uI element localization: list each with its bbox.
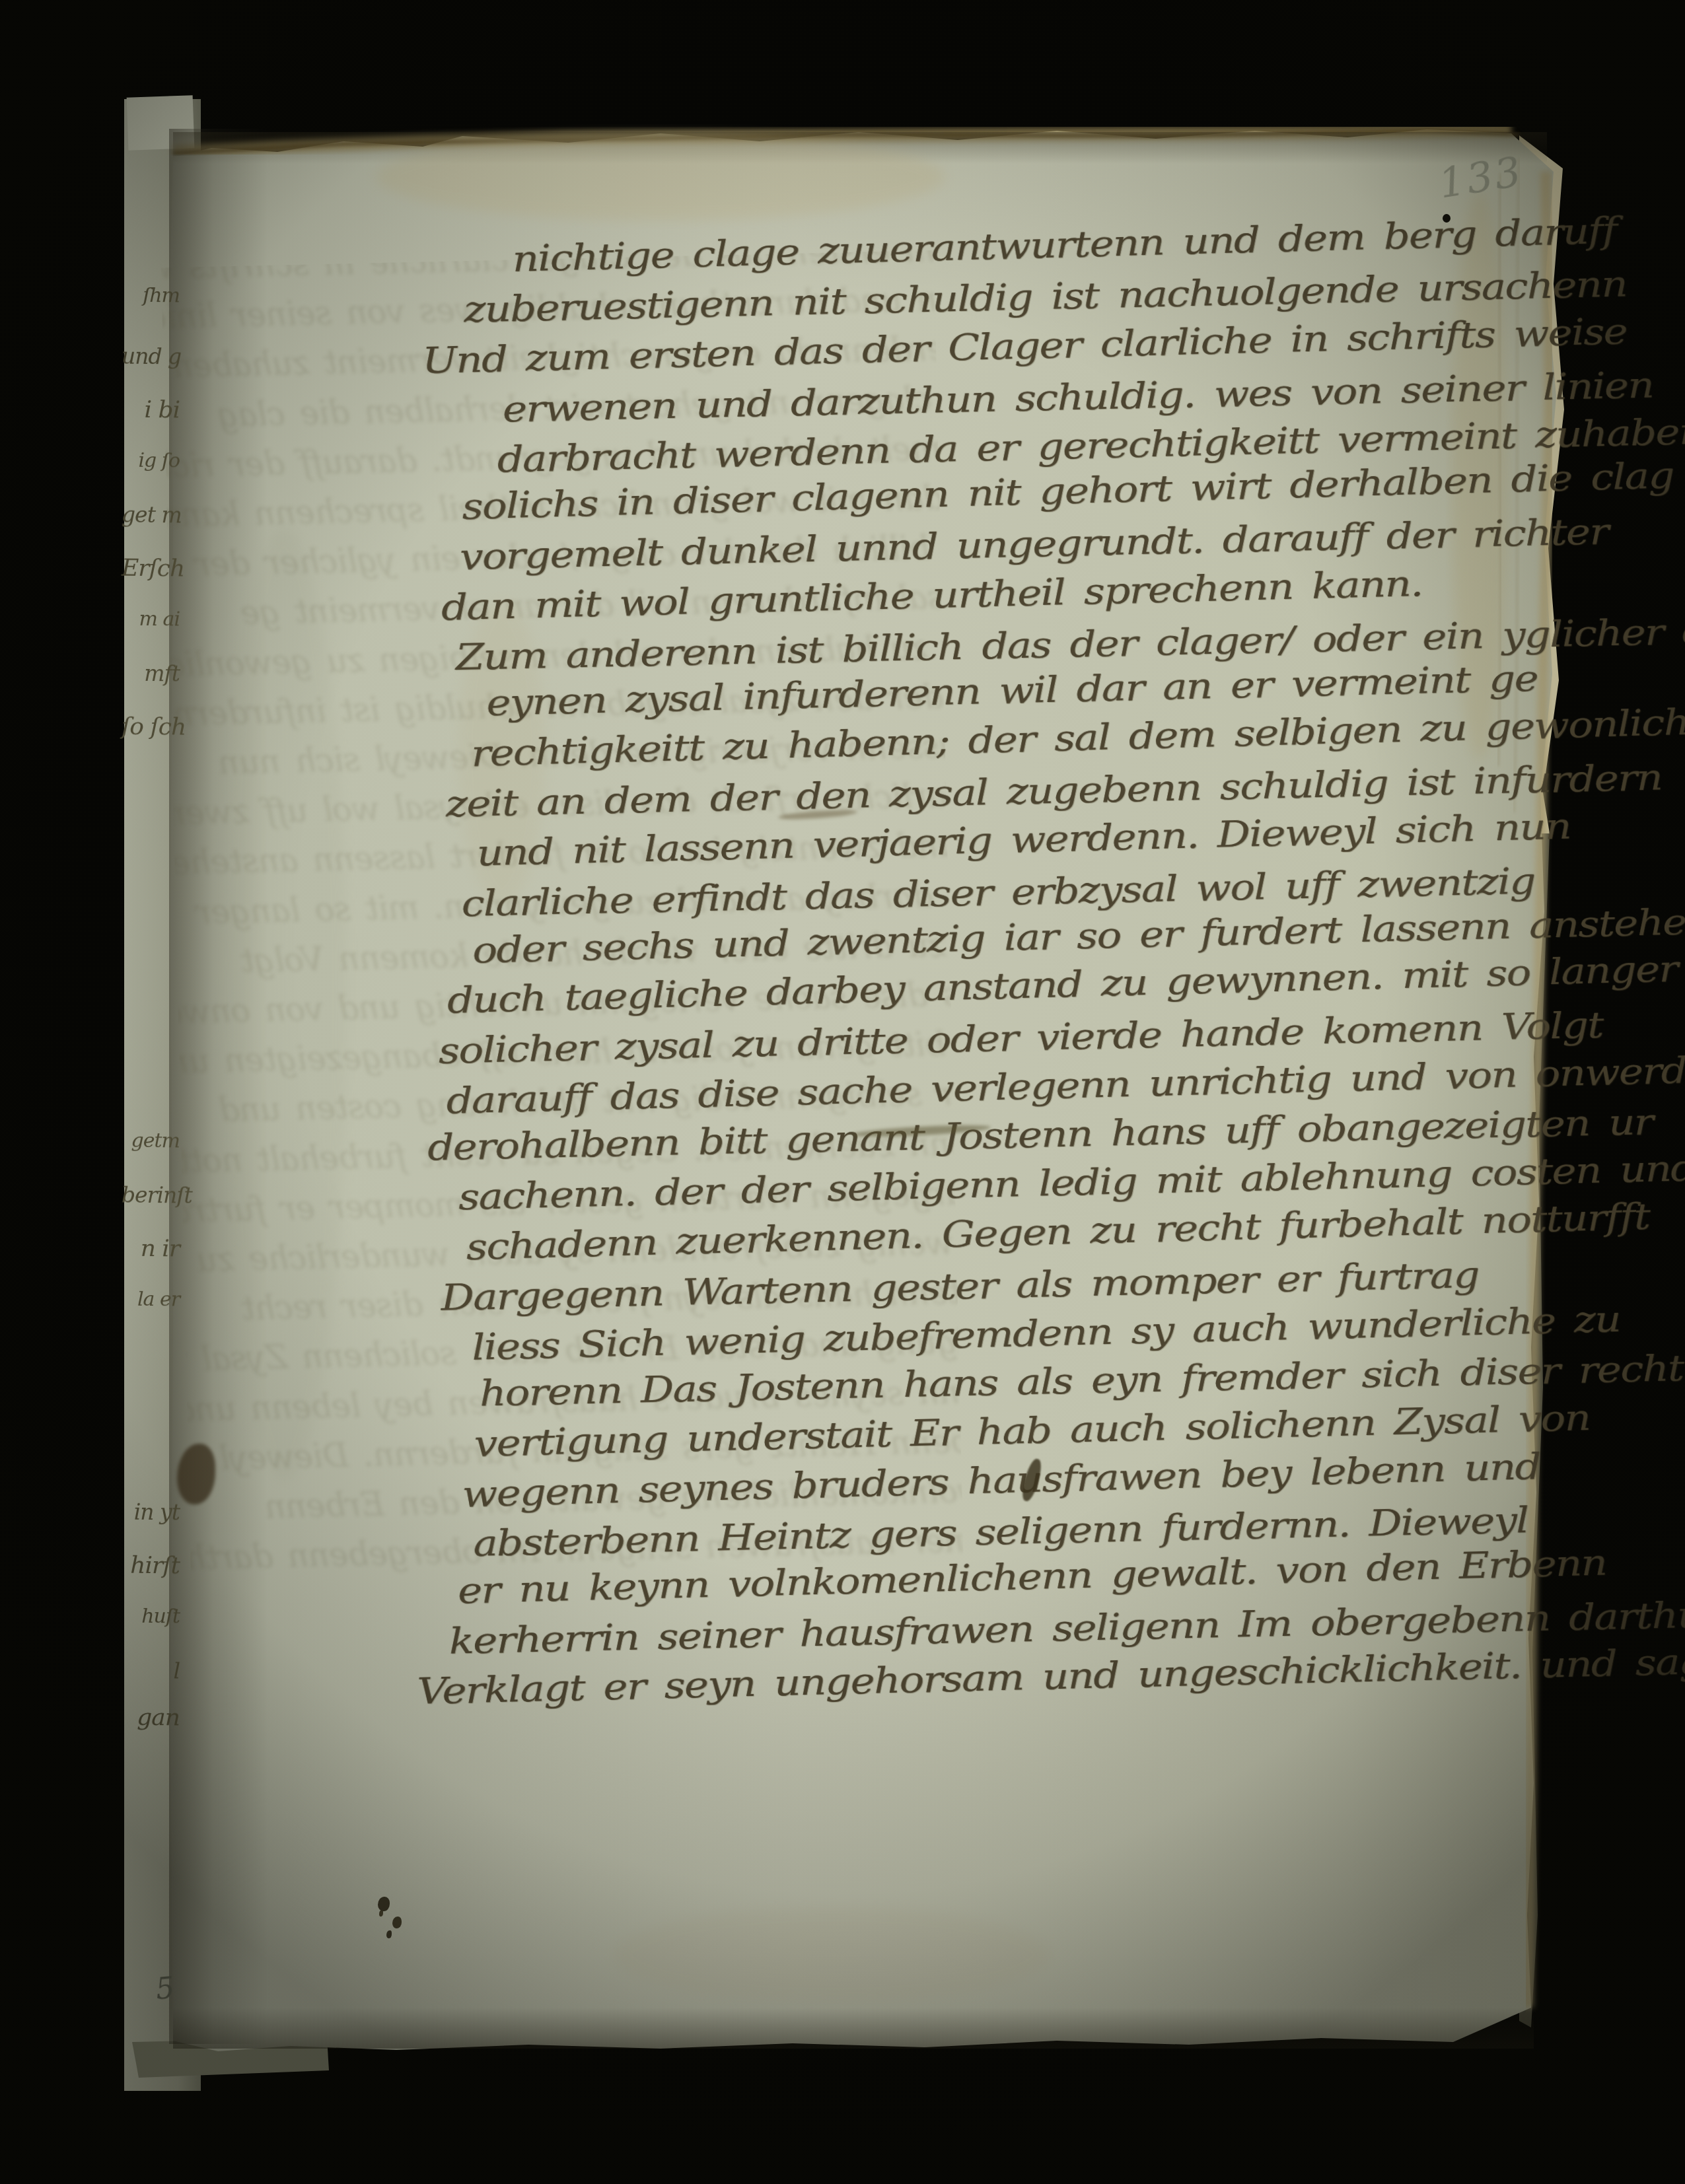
paper-stain xyxy=(376,133,945,221)
facing-page-fragment: l xyxy=(122,1658,180,1684)
facing-page-fragment: getm xyxy=(122,1129,180,1153)
facing-page-fragment: n ir xyxy=(122,1235,180,1263)
facing-page-fragment: huſt xyxy=(122,1605,180,1629)
facing-page-fragment: Erſch xyxy=(122,555,180,582)
facing-page-fragment: mft xyxy=(122,660,180,687)
ink-dot xyxy=(1443,214,1451,223)
paper-stain xyxy=(614,1907,1050,2002)
facing-page-fragment: m ai xyxy=(122,608,180,631)
facing-page-fragment: gan xyxy=(122,1704,180,1732)
facing-page-fragment: in yt xyxy=(122,1499,180,1526)
manuscript-photo: Und zum ersten das der Clager clarliche … xyxy=(0,0,1685,2184)
facing-page-fragment: ſhm xyxy=(122,284,180,308)
facing-page-fragment: hirſt xyxy=(122,1552,180,1580)
facing-page-fragment: ſo ſch xyxy=(122,713,180,741)
page-bottom-shadow xyxy=(173,2008,1534,2049)
facing-page-fragment: ig ſo xyxy=(122,449,180,473)
quire-mark: 5 xyxy=(155,1971,176,2006)
facing-page-fragment: la er xyxy=(122,1288,180,1312)
manuscript-text-block: nichtige clage zuuerantwurtenn und dem b… xyxy=(370,215,1621,1775)
facing-page-fragment: i bi xyxy=(122,396,180,424)
facing-page-fragment: get m xyxy=(122,502,180,528)
facing-page-fragment: berinſt xyxy=(122,1182,180,1209)
facing-page-fragment: und g xyxy=(122,343,180,370)
ink-blot xyxy=(378,1897,390,1911)
